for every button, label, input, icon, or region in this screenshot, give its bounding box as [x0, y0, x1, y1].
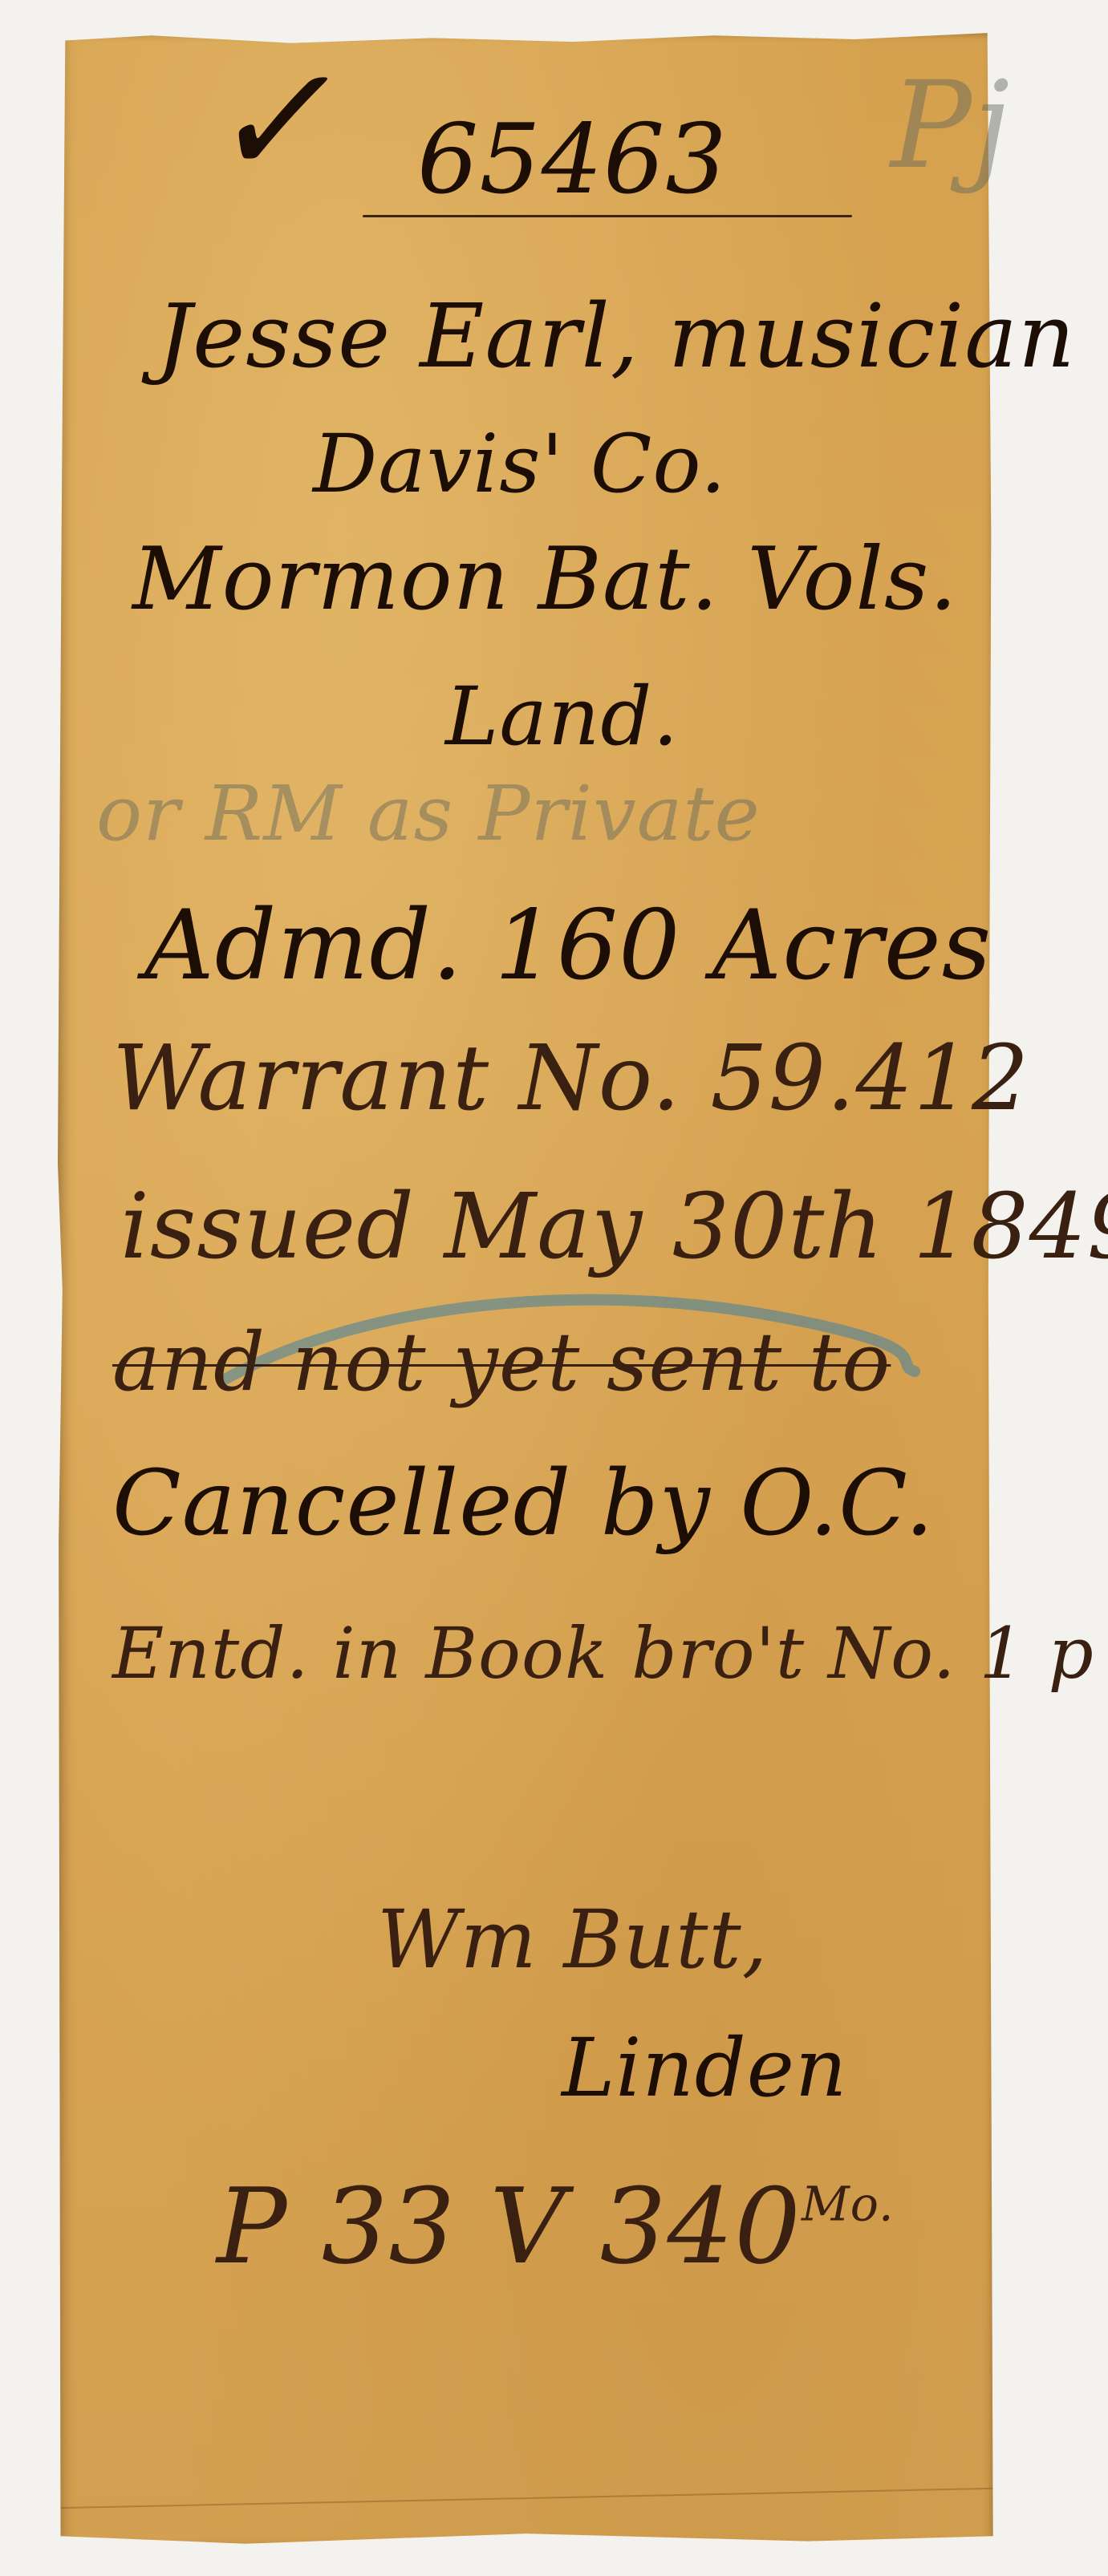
unit-name: Mormon Bat. Vols. [132, 529, 958, 630]
pencil-note-private: or RM as Private [96, 770, 761, 858]
title-underline [363, 215, 852, 217]
cancelled-note: Cancelled by O.C. [112, 1452, 935, 1556]
issued-date: issued May 30th 1849 [120, 1175, 1108, 1279]
company-name: Davis' Co. [313, 417, 727, 511]
warrant-number: Warrant No. 59.412 [112, 1027, 1029, 1131]
admitted-acres: Admd. 160 Acres [144, 890, 992, 1002]
agent-place: Linden [562, 2021, 847, 2115]
reference-number: P 33 V 340Mo. [217, 2165, 895, 2287]
pencil-initials-mark: Pj [891, 56, 1010, 196]
reference-code: P 33 V 340 [217, 2165, 802, 2287]
paper-fold-line [58, 2488, 995, 2509]
entered-book-note: Entd. in Book bro't No. 1 p 37 [112, 1612, 1108, 1695]
file-number: 65463 [417, 104, 728, 216]
category-land: Land. [445, 670, 679, 763]
agent-name: Wm Butt, [377, 1893, 768, 1987]
soldier-name: Jesse Earl, musician [156, 285, 1076, 387]
state-abbreviation: Mo. [802, 2177, 895, 2231]
sent-to-line: and not yet sent to [112, 1315, 891, 1409]
